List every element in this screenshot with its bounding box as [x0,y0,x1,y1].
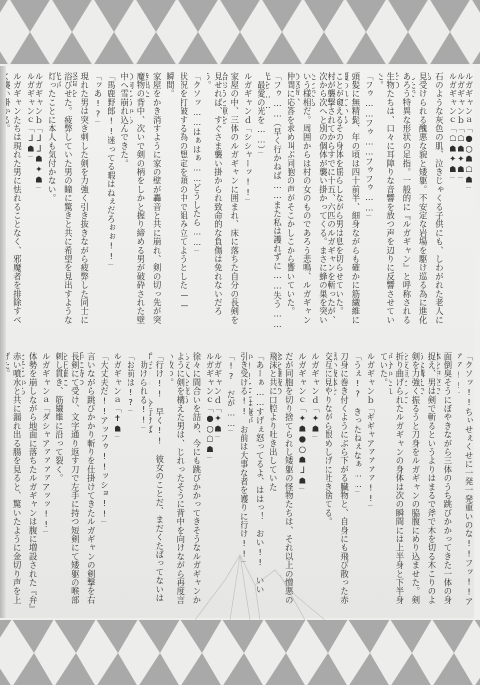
text-column: ルガギャンａ「●○☗☖☗」 [466,66,474,330]
diamond-pattern-icon [0,620,480,685]
text-column: 状況を打破する為の想定を頭の中で組み立てようとした―― [181,66,189,330]
text-column: ルガギャンｂ「ᒧᒧ☗✦☗」 [36,66,44,330]
text-column: 最愛の光を……）」 [258,66,266,330]
text-column: 「フゥ……（早く行かねば……また私は護れずに……失う……光を…… [266,66,282,330]
text-column: 浴びせた。疲弊していた男の瞳に驚きと共に希望を見出すような光が [57,66,73,330]
text-column: 助けられる!!」 [141,346,149,610]
text-column: 「馬鹿野郎!!迷ってる暇はねぇだろぉぉ!!」 [108,66,116,330]
text-column: 「行け!! 早く!! 彼女のことだ、まだくたばってないはずだ!! 今行けば [149,346,165,610]
text-column: 現れた男は突き刺した剣を力強く引き抜きながら疲弊した同士に怒声を [73,66,89,330]
text-column: 頭髪に無精髭、年の頃は四十前半、細身ながらも確かに筋繊維に覆われている [345,66,361,330]
text-column: 中へ雪崩れ込んできた。 [121,66,129,330]
text-column: ルガギャンｂ「ギギャアァァァァ!!」 [368,346,376,610]
text-column: 仲間に応答を求め叫ぶ同胞の声がそこかしこから響いていた。 [288,66,296,330]
text-column: ルガギャンｄ「シシャーッ!!」 [245,66,253,330]
text-column: 「ッあ!?」 [95,66,103,330]
text-column: いう様相だ。周囲からは村の女のものであろう悲鳴、ルガギャンの怒声、 [296,66,312,330]
text-column: ルガギャンａ「✝☗」 [115,346,123,610]
text-column: 瞬間。 [167,66,175,330]
text-column: ルガギャンｂ「☖☗✦☗」 [458,66,466,330]
text-column: 言いながら跳びかかり斬りを仕掛けてきたルガギャンの剣撃を右手に持つ [80,346,96,610]
text-column: ルガギャンｃ「☖☗✦☗」 [450,66,458,330]
text-column: 「うぇ!? きったねぇなぁ……」 [355,346,363,610]
text-column: 見せれば、すぐさま襲い掛かられ致命的な負傷は免れないだろう。 [207,66,223,330]
faint-sketch-illustration [185,540,335,620]
text-column: 見受けられる醜悪な貌と矮躯。不安定な岩場を駆け巡る為に進化したで [412,66,428,330]
text-column: 「お前は!?」 [128,346,136,610]
diamond-pattern-icon [0,0,480,64]
text-column: 村が襲撃されてからすでに十五、六匹のルガギャンを斬ったが、 [328,66,336,330]
text-column: 体勢を崩しながら地面に落ちたルガギャンは腹に増設された『弁』とそこから [22,346,38,610]
text-column: 「フゥ……フゥ……フゥフゥ……」 [366,66,374,330]
text-column: 刺し貫き、筋繊維に沿って裂く。 [56,346,64,610]
text-column: 捉え、男は剣で斬るというよりはまるで斧で木を切る木こりのような構えで [421,346,437,610]
text-column: 剣を力強く振るうと刀身をルガギャンの脇腹にめり込ませた。剣を支点として [405,346,421,610]
text-column: 魔物の背中、次いで剣の柄をしかと握り締める男が破砕された壁の向こうから [130,66,146,330]
text-column: 刀身に巻き付くようにぶら下がる臓物と、自身にも飛び散った赤黒い液体を [334,346,350,610]
text-column: 家屋の中、三体のルガギャンに囲まれ、床に落ちた自分の長剣を拾おうと隙を [223,66,239,330]
text-column: 灯ったことに本人も気付かない。 [49,66,57,330]
text-column: 家屋をかき消すように家の壁が轟音と共に崩れ、剣の切っ先が突き出た [146,66,162,330]
text-column: ルガギャンａ「ダシャアァァァァアッッ!!」 [43,346,51,610]
text-column: ことが窺えるその身体を揺らしながら男は息を切らせていた。 [337,66,345,330]
text-column: 長剣にて受け、文字通り返す刀で左手に持つ短剣にて矮躯の喉部を正確に [64,346,80,610]
upper-text-tier: ルガギャンａ「●○☗☖☗」ルガギャンｂ「☖☗✦☗」ルガギャンｃ「☖☗✦☗」石のよ… [6,66,474,336]
text-column: 赤い噴水と共に漏れ出る腸を見ると、驚いたように金切り声を上げた。 [6,346,22,610]
text-column: 「クソッ……はぁはぁ……どうしたら……」 [194,66,202,330]
text-column: 折り曲げられたルガギャンの身体は次の瞬間には上半身と下半身が分かたれ [389,346,405,610]
text-column: ルガギャンｃ「ᒧ☗」 [28,66,36,330]
text-column: 面倒臭そうにぼやきながら三体のうち跳びかかってきた一体の身体を中空で [437,346,453,610]
text-column: 生物たちは、口々に耳障りな音響を放つ声を辺りに反響させていた。 [379,66,395,330]
text-column: ルガギャンたちは現れた男に怯れることなく、邪魔者を排除すべく襲い掛かる。 [6,66,22,330]
text-column: 「クソッ!!ちぃせぇくせに一発一発重いのな!!フッ!!アァァ!!」 [458,346,474,610]
text-column: ように剣を構えた男は、じれったそうに背中を向けながら再度言い放つ。 [170,346,186,610]
text-column: 「大丈夫だ!!アッフゥ!!ッショ!!」 [101,346,109,610]
text-column: 石のような灰色の肌、泣きじゃくる子供にも、しわがれた老人にも [428,66,444,330]
harlequin-border-bottom [0,620,480,685]
text-page: ルガギャンａ「●○☗☖☗」ルガギャンｂ「☖☗✦☗」ルガギャンｃ「☖☗✦☗」石のよ… [6,66,474,618]
text-column: 次から次へと別の個体が襲い掛かってくる。まさに蜂の巣を突いたとでも [312,66,328,330]
text-column: ていた。 [381,346,389,610]
harlequin-border-top [0,0,480,64]
text-column: あろう特異な形状の足指。一般的に『ルガギャン』と呼称されるその [396,66,412,330]
